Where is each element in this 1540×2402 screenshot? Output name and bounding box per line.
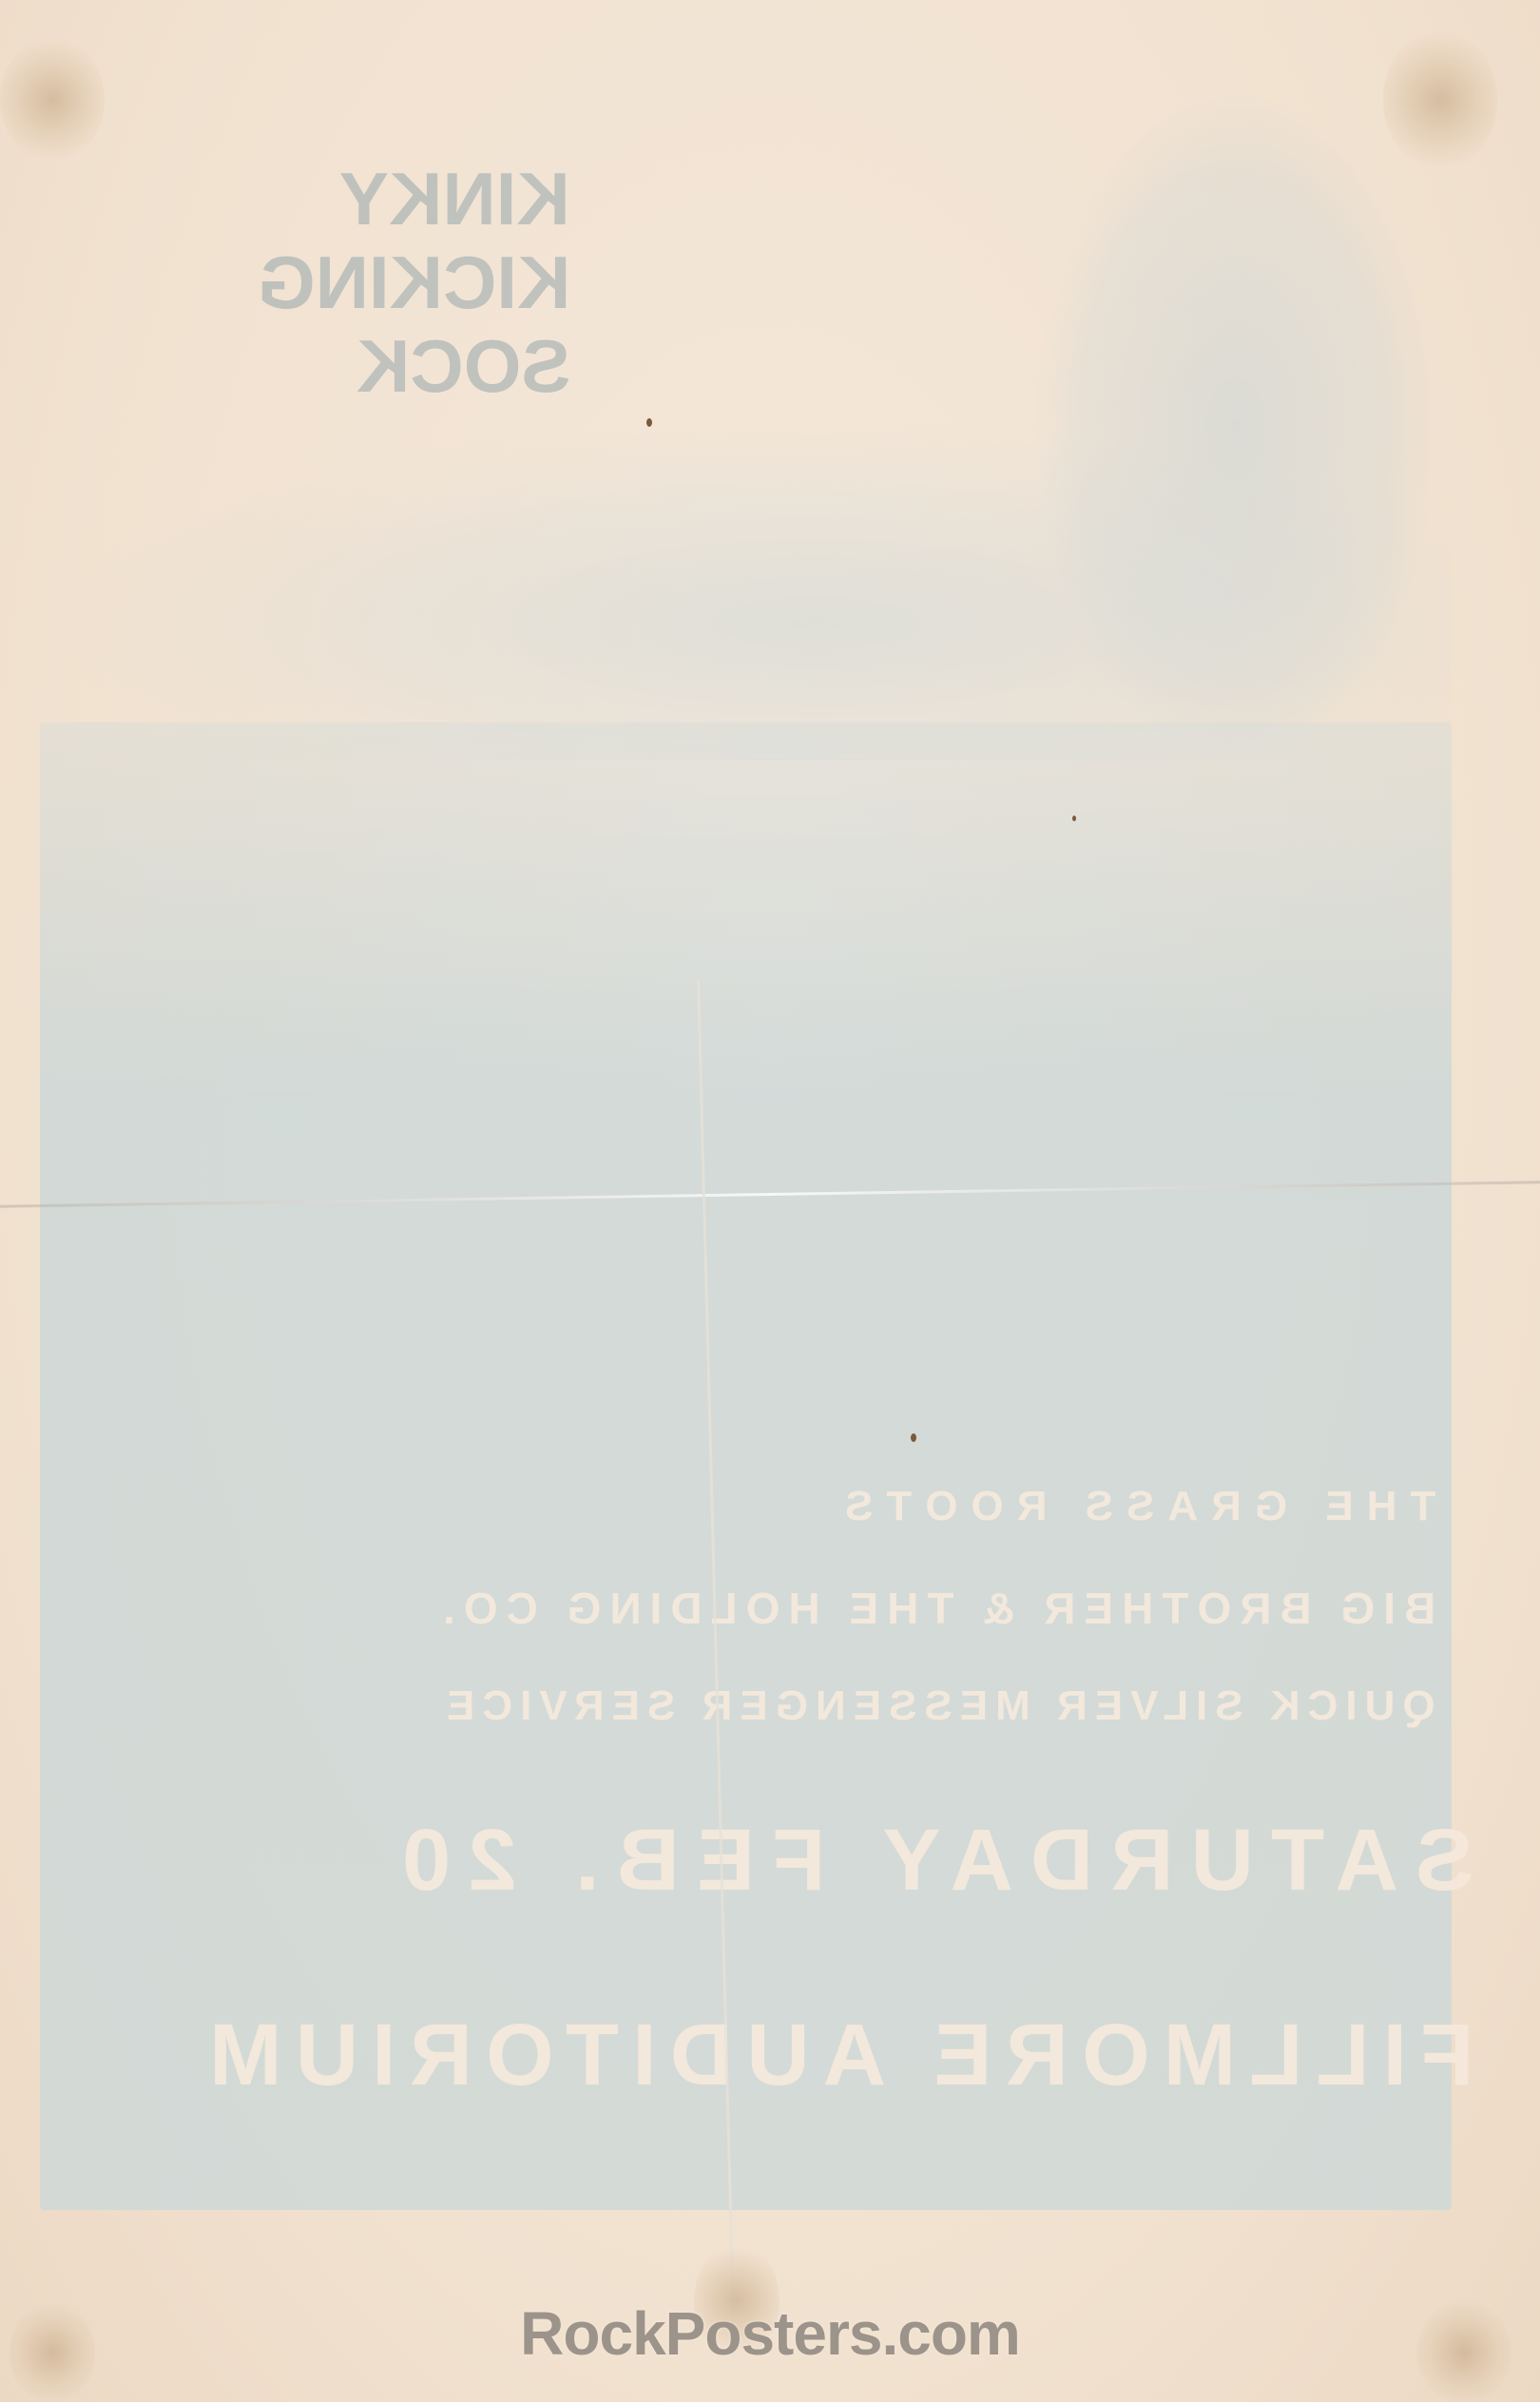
act-line-1: THE GRASS ROOTS [832, 1483, 1435, 1530]
headline-showthrough: KINKY KICKING SOCK [57, 157, 570, 408]
paper-speck [911, 1433, 916, 1442]
date-line: SATURDAY FEB. 20 [385, 1811, 1473, 1911]
print-area [40, 722, 1452, 2210]
paper-speck [1072, 816, 1076, 821]
pin-hole-stain-top-left [0, 38, 105, 162]
headline-line-1: KINKY [339, 157, 570, 240]
rockposters-watermark: RockPosters.com [0, 2298, 1540, 2369]
pin-hole-stain-top-right [1383, 29, 1497, 171]
print-area-upper [40, 418, 1452, 760]
headline-line-3: SOCK [356, 324, 570, 408]
act-line-2: BIG BROTHER & THE HOLDING CO. [434, 1583, 1435, 1634]
headline-line-2: KICKING [258, 240, 570, 324]
paper-speck [646, 418, 652, 427]
act-line-3: QUICK SILVER MESSENGER SERVICE [439, 1682, 1435, 1730]
venue-line: FILLMORE AUDITORIUM [196, 2006, 1473, 2105]
